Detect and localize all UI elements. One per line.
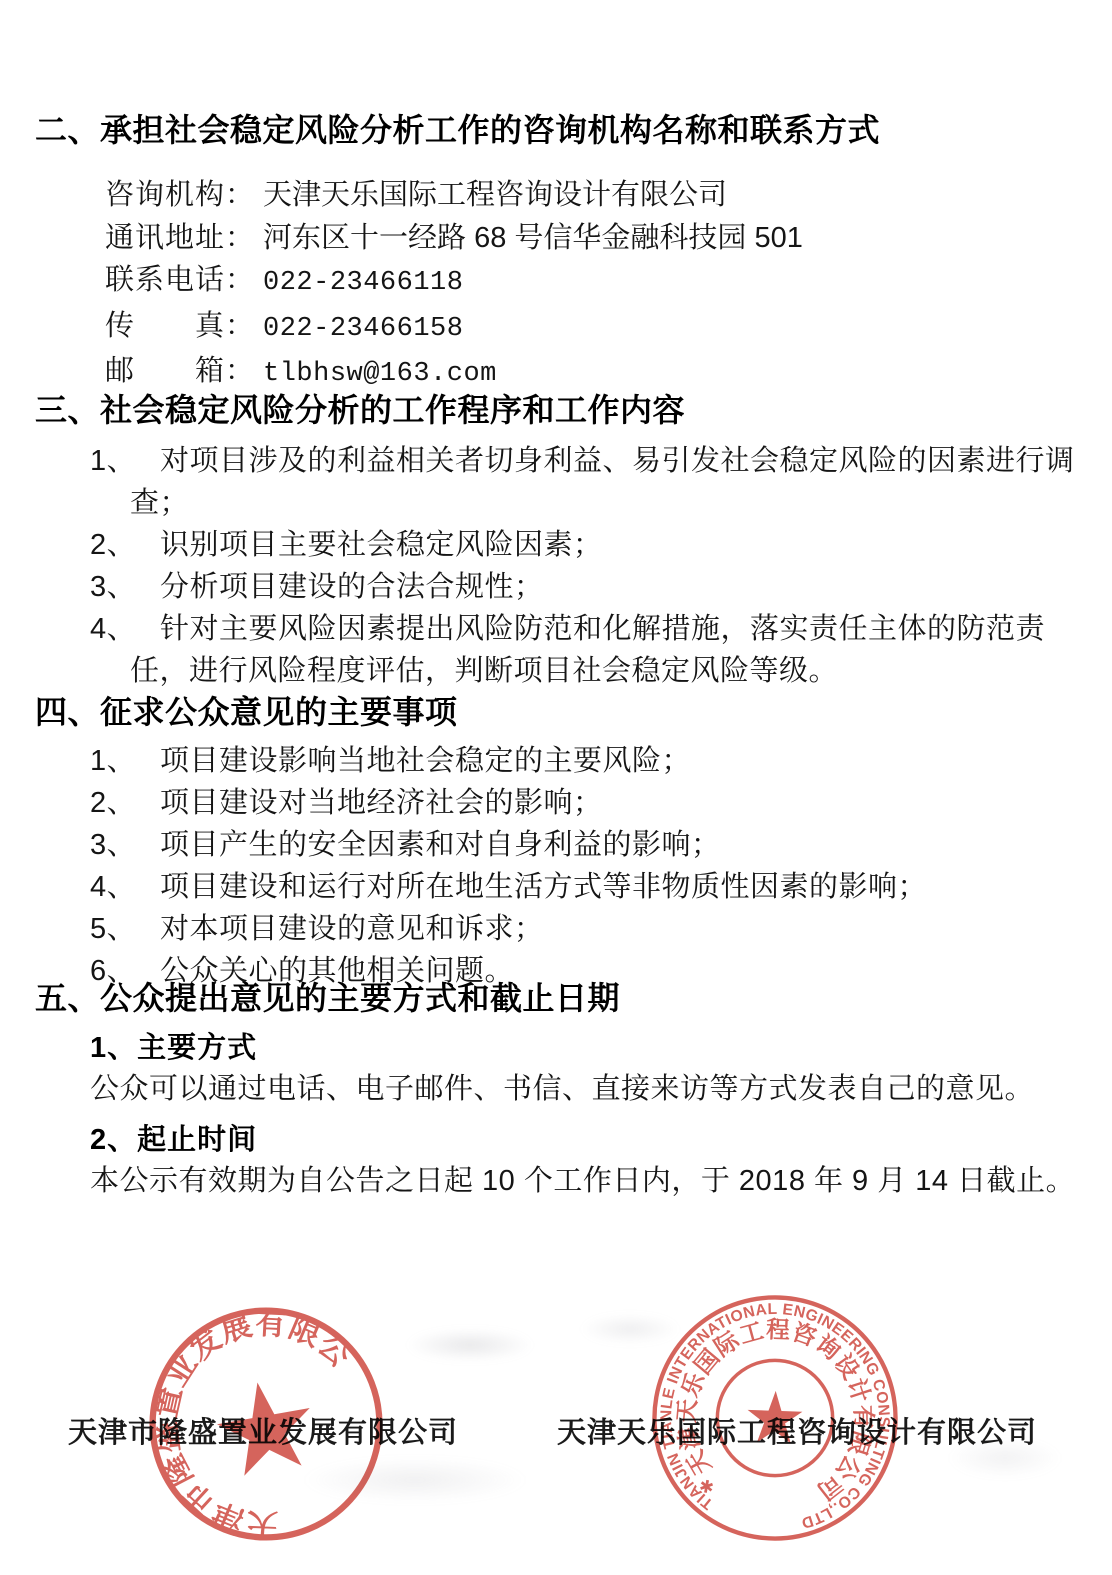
contact-value: 天津天乐国际工程咨询设计有限公司 xyxy=(263,179,727,211)
contact-row-phone: 联系电话：022-23466118 xyxy=(105,259,1083,305)
list-item: 3、项目产生的安全因素和对自身利益的影响； xyxy=(35,824,1083,866)
sub-heading-period: 2、起止时间 xyxy=(90,1120,1083,1160)
seal-star-icon xyxy=(211,1374,319,1479)
section-3-heading: 三、社会稳定风险分析的工作程序和工作内容 xyxy=(35,390,1083,430)
document-body: 二、承担社会稳定风险分析工作的咨询机构名称和联系方式 咨询机构：天津天乐国际工程… xyxy=(35,110,1083,1202)
list-item: 1、对项目涉及的利益相关者切身利益、易引发社会稳定风险的因素进行调查； xyxy=(35,440,1083,524)
section-2-heading: 二、承担社会稳定风险分析工作的咨询机构名称和联系方式 xyxy=(35,110,1083,150)
company-seal-left: 天津市隆盛置业发展有限公司 xyxy=(140,1298,392,1550)
list-item: 4、针对主要风险因素提出风险防范和化解措施，落实责任主体的防范责任，进行风险程度… xyxy=(35,608,1083,692)
item-text: 分析项目建设的合法合规性； xyxy=(160,571,544,603)
item-number: 2、 xyxy=(90,524,136,566)
contact-value: 河东区十一经路 68 号信华金融科技园 501 xyxy=(263,222,803,254)
scan-smudge xyxy=(380,1322,560,1368)
item-text: 公众关心的其他相关问题。 xyxy=(160,955,514,987)
seal-bottom-mark: ✱ xyxy=(698,1476,716,1498)
item-number: 4、 xyxy=(90,866,136,908)
contact-row-agency: 咨询机构：天津天乐国际工程咨询设计有限公司 xyxy=(105,174,1083,217)
list-item: 3、分析项目建设的合法合规性； xyxy=(35,566,1083,608)
contact-value-phone: 022-23466118 xyxy=(263,268,463,298)
item-number: 4、 xyxy=(90,608,136,650)
list-item: 5、对本项目建设的意见和诉求； xyxy=(35,908,1083,950)
item-text: 针对主要风险因素提出风险防范和化解措施，落实责任主体的防范责任，进行风险程度评估… xyxy=(130,613,1045,687)
item-number: 2、 xyxy=(90,782,136,824)
item-number: 3、 xyxy=(90,566,136,608)
list-item: 1、项目建设影响当地社会稳定的主要风险； xyxy=(35,740,1083,782)
contact-value-email: tlbhsw@163.com xyxy=(263,359,497,389)
contact-label: 联系电话： xyxy=(105,264,255,296)
contact-label: 咨询机构： xyxy=(105,179,255,211)
list-item: 6、公众关心的其他相关问题。 xyxy=(35,950,1083,992)
contact-row-fax: 传 真：022-23466158 xyxy=(105,305,1083,351)
company-seal-right: TIANJIN TIANLE INTERNATIONAL ENGINEERING… xyxy=(644,1287,906,1549)
item-text: 对项目涉及的利益相关者切身利益、易引发社会稳定风险的因素进行调查； xyxy=(130,445,1075,519)
contact-label: 通讯地址： xyxy=(105,222,255,254)
item-number: 6、 xyxy=(90,950,136,992)
list-item: 2、项目建设对当地经济社会的影响； xyxy=(35,782,1083,824)
item-text: 识别项目主要社会稳定风险因素； xyxy=(160,529,603,561)
item-text: 项目产生的安全因素和对自身利益的影响； xyxy=(160,829,721,861)
item-number: 3、 xyxy=(90,824,136,866)
seal-star-icon xyxy=(746,1390,803,1444)
section-3-list: 1、对项目涉及的利益相关者切身利益、易引发社会稳定风险的因素进行调查； 2、识别… xyxy=(35,440,1083,692)
section-4-list: 1、项目建设影响当地社会稳定的主要风险； 2、项目建设对当地经济社会的影响； 3… xyxy=(35,740,1083,992)
contact-row-address: 通讯地址：河东区十一经路 68 号信华金融科技园 501 xyxy=(105,217,1083,260)
contact-label: 邮 箱： xyxy=(105,355,255,387)
section-4-heading: 四、征求公众意见的主要事项 xyxy=(35,692,1083,732)
sub-heading-method: 1、主要方式 xyxy=(90,1028,1083,1068)
contact-label: 传 真： xyxy=(105,310,255,342)
item-number: 1、 xyxy=(90,440,136,482)
item-text: 项目建设对当地经济社会的影响； xyxy=(160,787,603,819)
list-item: 4、项目建设和运行对所在地生活方式等非物质性因素的影响； xyxy=(35,866,1083,908)
item-text: 对本项目建设的意见和诉求； xyxy=(160,913,544,945)
paragraph-period: 本公示有效期为自公告之日起 10 个工作日内，于 2018 年 9 月 14 日… xyxy=(90,1160,1083,1202)
item-text: 项目建设和运行对所在地生活方式等非物质性因素的影响； xyxy=(160,871,927,903)
contact-info-block: 咨询机构：天津天乐国际工程咨询设计有限公司 通讯地址：河东区十一经路 68 号信… xyxy=(105,174,1083,396)
list-item: 2、识别项目主要社会稳定风险因素； xyxy=(35,524,1083,566)
paragraph-method: 公众可以通过电话、电子邮件、书信、直接来访等方式发表自己的意见。 xyxy=(90,1068,1083,1110)
notice-document-page: 二、承担社会稳定风险分析工作的咨询机构名称和联系方式 咨询机构：天津天乐国际工程… xyxy=(0,0,1112,1575)
item-number: 5、 xyxy=(90,908,136,950)
contact-value-fax: 022-23466158 xyxy=(263,314,463,344)
item-text: 项目建设影响当地社会稳定的主要风险； xyxy=(160,745,691,777)
item-number: 1、 xyxy=(90,740,136,782)
